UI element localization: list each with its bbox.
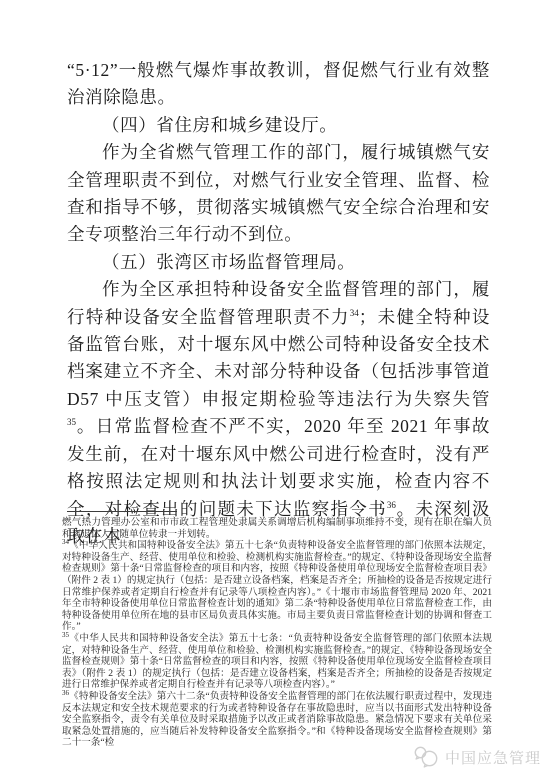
footnote-continuation: 燃气热力管理办公室和市市政工程管理处隶属关系调增后机构编制事项维持不变，现有在职…	[62, 517, 492, 540]
footnotes-section: 燃气热力管理办公室和市市政工程管理处隶属关系调增后机构编制事项维持不变，现有在职…	[62, 517, 492, 749]
watermark-text: 中国应急管理	[445, 747, 541, 768]
footnote-text: 《中华人民共和国特种设备安全法》第五十七条“负责特种设备安全监督管理的部门依照本…	[62, 540, 492, 632]
footnote-item-36: 36《特种设备安全法》第六十二条“负责特种设备安全监督管理的部门在依法履行职责过…	[62, 691, 492, 749]
footnote-text: 《特种设备安全法》第六十二条“负责特种设备安全监督管理的部门在依法履行职责过程中…	[62, 691, 492, 748]
paragraph-market-bureau: 作为全区承担特种设备安全监督管理的部门，履行特种设备安全监督管理职责不力34；未…	[67, 276, 490, 550]
body-text: “5·12”一般燃气爆炸事故教训，督促燃气行业有效整治消除隐患。 （四）省住房和…	[67, 57, 490, 550]
watermark: 中国应急管理	[413, 745, 541, 769]
paragraph-continuation: “5·12”一般燃气爆炸事故教训，督促燃气行业有效整治消除隐患。	[67, 57, 490, 112]
footnote-ref-36: 36	[387, 500, 396, 510]
document-page: “5·12”一般燃气爆炸事故教训，督促燃气行业有效整治消除隐患。 （四）省住房和…	[0, 0, 550, 778]
footnote-marker-35: 35	[62, 631, 69, 639]
footnote-ref-35: 35	[67, 417, 76, 427]
section-heading-5: （五）张湾区市场监督管理局。	[67, 249, 490, 276]
footnote-marker-36: 36	[62, 689, 69, 697]
footnote-text: 《中华人民共和国特种设备安全法》第五十七条：“负责特种设备安全监督管理的部门依照…	[62, 633, 492, 690]
chat-bubbles-logo-icon	[413, 745, 440, 769]
footnote-item-34: 34《中华人民共和国特种设备安全法》第五十七条“负责特种设备安全监督管理的部门依…	[62, 540, 492, 633]
section-heading-4: （四）省住房和城乡建设厅。	[67, 112, 490, 139]
footnote-separator	[67, 511, 177, 512]
footnote-item-35: 35《中华人民共和国特种设备安全法》第五十七条：“负责特种设备安全监督管理的部门…	[62, 633, 492, 691]
footnote-marker-34: 34	[62, 538, 69, 546]
footnote-ref-34: 34	[350, 308, 359, 318]
paragraph-provincial-dept: 作为全省燃气管理工作的部门，履行城镇燃气安全管理职责不到位，对燃气行业安全管理、…	[67, 139, 490, 249]
